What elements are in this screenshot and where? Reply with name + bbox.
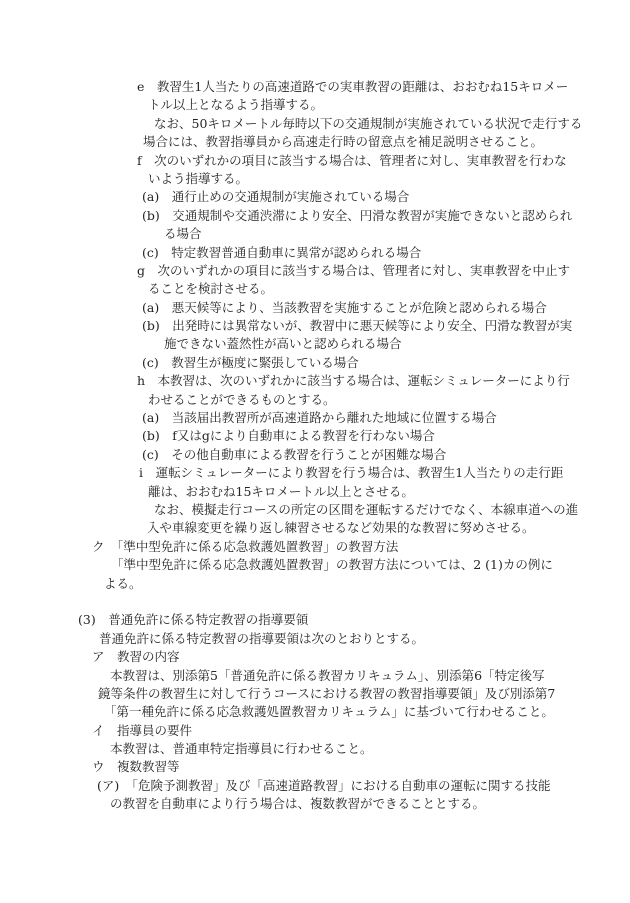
text-line: (a) 当該届出教習所が高速道路から離れた地域に位置する場合 [0, 409, 630, 427]
text-line: ア 教習の内容 [0, 648, 630, 666]
text-line: (c) 特定教習普通自動車に異常が認められる場合 [0, 244, 630, 262]
document-page: e 教習生1人当たりの高速道路での実車教習の距離は、おおむね15キロメートル以上… [0, 0, 630, 903]
text-line: トル以上となるよう指導する。 [0, 96, 630, 114]
text-line: る場合 [0, 225, 630, 243]
text-line: 入や車線変更を繰り返し練習させるなど効果的な教習に努めさせる。 [0, 519, 630, 537]
text-line: 普通免許に係る特定教習の指導要領は次のとおりとする。 [0, 630, 630, 648]
text-line: (b) 交通規制や交通渋滞により安全、円滑な教習が実施できないと認められ [0, 207, 630, 225]
text-line: f 次のいずれかの項目に該当する場合は、管理者に対し、実車教習を行わな [0, 152, 630, 170]
text-line: 「第一種免許に係る応急救護処置教習カリキュラム」に基づいて行わせること。 [0, 703, 630, 721]
text-line: の教習を自動車により行う場合は、複数教習ができることとする。 [0, 795, 630, 813]
text-line: わせることができるものとする。 [0, 391, 630, 409]
text-line: ることを検討させる。 [0, 280, 630, 298]
text-line: 鏡等条件の教習生に対して行うコースにおける教習の教習指導要領」及び別添第7 [0, 685, 630, 703]
text-line: 離は、おおむね15キロメートル以上とさせる。 [0, 483, 630, 501]
text-line: 本教習は、普通車特定指導員に行わせること。 [0, 740, 630, 758]
text-line: (ア) 「危険予測教習」及び「高速道路教習」における自動車の運転に関する技能 [0, 777, 630, 795]
text-line: よる。 [0, 575, 630, 593]
text-line: いよう指導する。 [0, 170, 630, 188]
text-line: (b) 出発時には異常ないが、教習中に悪天候等により安全、円滑な教習が実 [0, 317, 630, 335]
text-line: イ 指導員の要件 [0, 722, 630, 740]
text-line: g 次のいずれかの項目に該当する場合は、管理者に対し、実車教習を中止す [0, 262, 630, 280]
text-line: (c) 教習生が極度に緊張している場合 [0, 354, 630, 372]
text-line: ク 「準中型免許に係る応急救護処置教習」の教習方法 [0, 538, 630, 556]
text-line: (a) 通行止めの交通規制が実施されている場合 [0, 188, 630, 206]
text-line: 場合には、教習指導員から高速走行時の留意点を補足説明させること。 [0, 133, 630, 151]
text-line: なお、模擬走行コースの所定の区間を運転するだけでなく、本線車道への進 [0, 501, 630, 519]
text-line [0, 593, 630, 611]
document-body: e 教習生1人当たりの高速道路での実車教習の距離は、おおむね15キロメートル以上… [0, 78, 630, 814]
text-line: (a) 悪天候等により、当該教習を実施することが危険と認められる場合 [0, 299, 630, 317]
text-line: ウ 複数教習等 [0, 758, 630, 776]
text-line: (c) その他自動車による教習を行うことが困難な場合 [0, 446, 630, 464]
text-line: h 本教習は、次のいずれかに該当する場合は、運転シミュレーターにより行 [0, 372, 630, 390]
text-line: なお、50キロメートル毎時以下の交通規制が実施されている状況で走行する [0, 115, 630, 133]
text-line: e 教習生1人当たりの高速道路での実車教習の距離は、おおむね15キロメー [0, 78, 630, 96]
text-line: 「準中型免許に係る応急救護処置教習」の教習方法については、2 (1)カの例に [0, 556, 630, 574]
text-line: (b) f又はgにより自動車による教習を行わない場合 [0, 427, 630, 445]
text-line: 施できない蓋然性が高いと認められる場合 [0, 335, 630, 353]
text-line: 本教習は、別添第5「普通免許に係る教習カリキュラム」、別添第6「特定後写 [0, 667, 630, 685]
text-line: i 運転シミュレーターにより教習を行う場合は、教習生1人当たりの走行距 [0, 464, 630, 482]
text-line: (3) 普通免許に係る特定教習の指導要領 [0, 611, 630, 629]
